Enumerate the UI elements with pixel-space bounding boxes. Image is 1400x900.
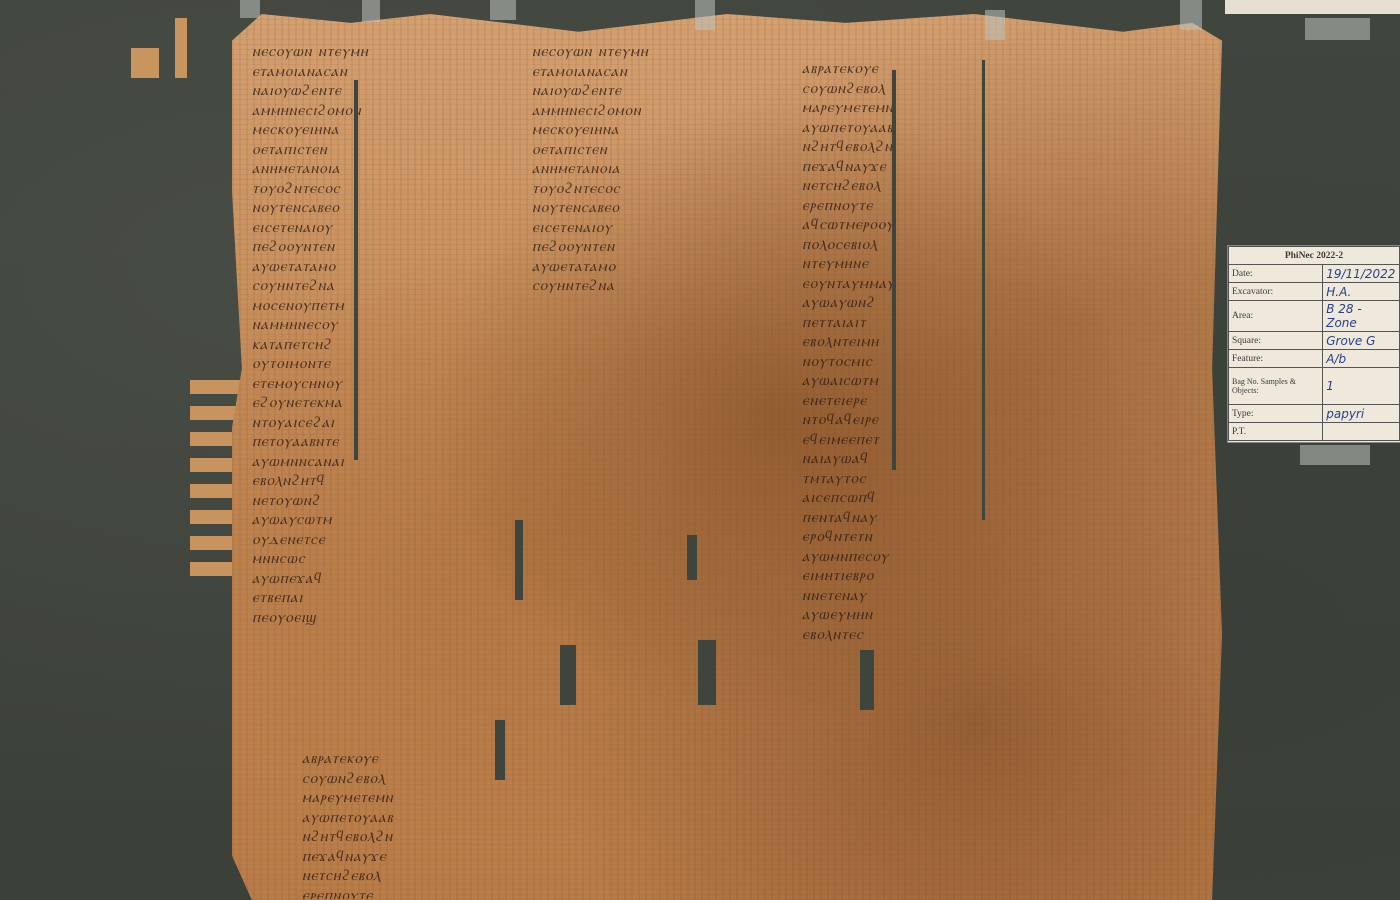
mounting-tape — [362, 0, 380, 22]
label-field: Bag No. Samples & Objects: — [1229, 368, 1323, 405]
label-value-pt — [1323, 423, 1400, 441]
manuscript-text-middle-block: ⲛⲉⲥⲟⲩⲱⲛ ⲛⲧⲉⲩⲙⲏ ⲉⲧⲁⲙⲟⲓⲁⲛⲁⲥⲁⲛ ⲛⲁⲓⲟⲩⲱϩⲉⲛⲧⲉ … — [532, 42, 722, 302]
papyrus-hole — [560, 645, 576, 705]
papyrus-hole — [495, 720, 505, 780]
papyrus-crack — [982, 60, 985, 520]
label-value-date: 19/11/2022 — [1323, 265, 1400, 283]
papyrus-crack — [354, 80, 358, 460]
manuscript-text-right-block: ⲁⲃⲣⲁⲧⲉⲕⲟⲩⲉ ⲥⲟⲩⲱⲛϩⲉⲃⲟⲗ ⲙⲁⲣⲉⲩⲙⲉⲧⲉⲙⲛ ⲁⲩⲱⲡⲉⲧ… — [802, 59, 1202, 889]
label-title: PhiNec 2022-2 — [1229, 247, 1400, 265]
papyrus-manuscript: ⲛⲉⲥⲟⲩⲱⲛ ⲛⲧⲉⲩⲙⲏ ⲉⲧⲁⲙⲟⲓⲁⲛⲁⲥⲁⲛ ⲛⲁⲓⲟⲩⲱϩⲉⲛⲧⲉ … — [232, 14, 1222, 900]
label-value-feature: A/b — [1323, 350, 1400, 368]
label-field: Type: — [1229, 405, 1323, 423]
top-label-card — [1225, 0, 1400, 14]
label-field: Area: — [1229, 301, 1323, 332]
label-value-bag-no: 1 — [1323, 368, 1400, 405]
label-field: Square: — [1229, 332, 1323, 350]
papyrus-hole — [860, 650, 874, 710]
mounting-tape — [695, 0, 715, 30]
mounting-tape — [1305, 18, 1370, 40]
label-field: P.T. — [1229, 423, 1323, 441]
label-value-excavator: H.A. — [1323, 283, 1400, 301]
label-value-square: Grove G — [1323, 332, 1400, 350]
mounting-tape — [985, 10, 1005, 40]
mounting-tape — [1180, 0, 1202, 30]
label-value-area: B 28 - Zone — [1323, 301, 1400, 332]
papyrus-crack — [892, 70, 896, 470]
papyrus-hole — [698, 640, 716, 705]
papyrus-hole — [687, 535, 697, 580]
label-field: Excavator: — [1229, 283, 1323, 301]
label-value-type: papyri — [1323, 405, 1400, 423]
label-field: Date: — [1229, 265, 1323, 283]
excavation-label-card: PhiNec 2022-2 Date:19/11/2022 Excavator:… — [1228, 246, 1400, 442]
mounting-tape — [1300, 445, 1370, 465]
papyrus-hole — [515, 520, 523, 600]
label-field: Feature: — [1229, 350, 1323, 368]
small-papyrus-fragment — [131, 48, 159, 78]
thin-papyrus-fragment — [175, 18, 187, 78]
mounting-tape — [240, 0, 260, 18]
mounting-tape — [490, 0, 516, 20]
